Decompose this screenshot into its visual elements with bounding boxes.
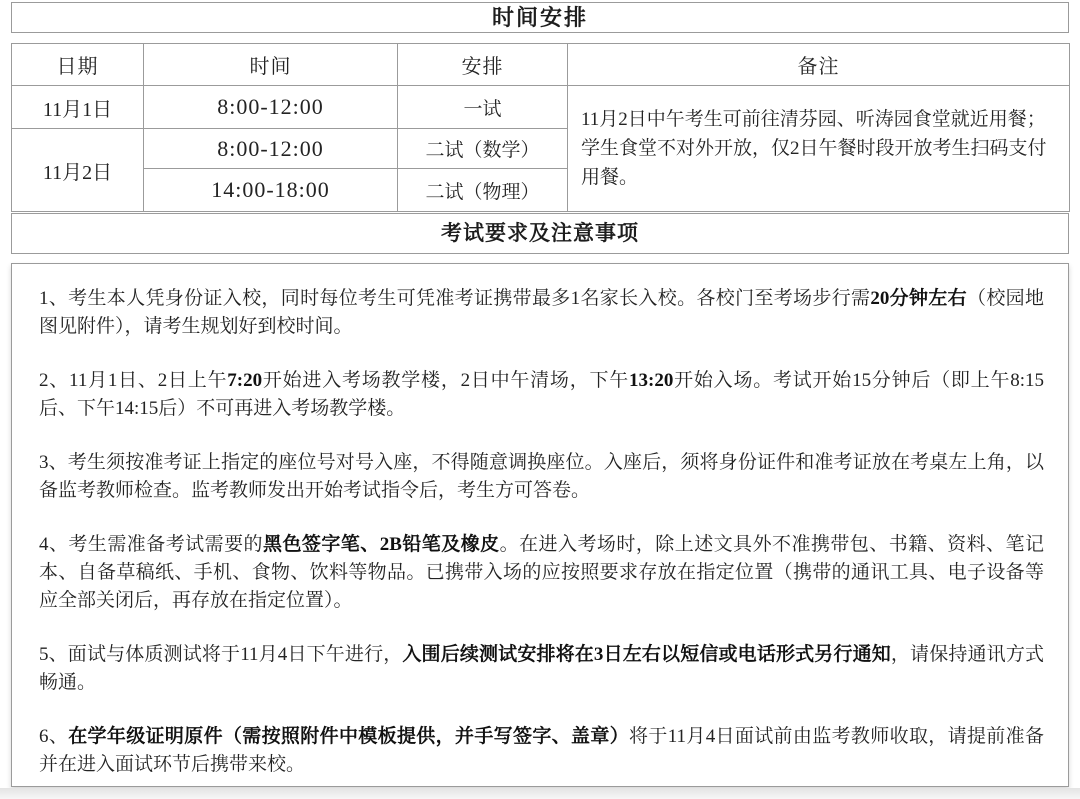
cell-remark: 11月2日中午考生可前往清芬园、听涛园食堂就近用餐；学生食堂不对外开放，仅2日午… (568, 86, 1070, 212)
note-text-bold: 20分钟左右 (870, 288, 967, 309)
note-text-bold: 13:20 (629, 370, 673, 391)
cell-time-test2-math: 8:00-12:00 (144, 129, 398, 169)
cell-date-nov1: 11月1日 (12, 86, 144, 129)
document-page: 时间安排 日期 时间 安排 备注 11月1日 8:00-12:00 一试 11月… (0, 0, 1080, 799)
header-time: 时间 (144, 44, 398, 86)
note-paragraph: 5、面试与体质测试将于11月4日下午进行，入围后续测试安排将在3日左右以短信或电… (39, 641, 1044, 697)
note-paragraph: 4、考生需准备考试需要的黑色签字笔、2B铅笔及橡皮。在进入考场时，除上述文具外不… (39, 531, 1044, 615)
cell-date-nov2: 11月2日 (12, 129, 144, 212)
requirements-section-title: 考试要求及注意事项 (11, 213, 1069, 254)
document-content: 时间安排 日期 时间 安排 备注 11月1日 8:00-12:00 一试 11月… (11, 2, 1069, 787)
schedule-header-row: 日期 时间 安排 备注 (12, 44, 1070, 86)
note-text-bold: 在学年级证明原件（需按照附件中模板提供，并手写签字、盖章） (68, 726, 629, 747)
note-text-bold: 黑色签字笔、2B铅笔及橡皮 (263, 534, 500, 555)
header-remarks: 备注 (568, 44, 1070, 86)
schedule-title: 时间安排 (11, 2, 1069, 33)
note-paragraph: 1、考生本人凭身份证入校，同时每位考生可凭准考证携带最多1名家长入校。各校门至考… (39, 285, 1044, 341)
table-row: 11月1日 8:00-12:00 一试 11月2日中午考生可前往清芬园、听涛园食… (12, 86, 1070, 129)
note-paragraph: 2、11月1日、2日上午7:20开始进入考场教学楼，2日中午清场，下午13:20… (39, 367, 1044, 423)
note-text: 1、考生本人凭身份证入校，同时每位考生可凭准考证携带最多1名家长入校。各校门至考… (39, 288, 870, 309)
note-paragraph: 3、考生须按准考证上指定的座位号对号入座，不得随意调换座位。入座后，须将身份证件… (39, 449, 1044, 505)
note-text: 3、考生须按准考证上指定的座位号对号入座，不得随意调换座位。入座后，须将身份证件… (39, 452, 1044, 501)
cell-time-test2-physics: 14:00-18:00 (144, 169, 398, 212)
header-arrangement: 安排 (398, 44, 568, 86)
cell-arr-test1: 一试 (398, 86, 568, 129)
note-text: 5、面试与体质测试将于11月4日下午进行， (39, 644, 402, 665)
note-text: 开始进入考场教学楼，2日中午清场，下午 (262, 370, 629, 391)
cell-arr-test2-physics: 二试（物理） (398, 169, 568, 212)
cell-arr-test2-math: 二试（数学） (398, 129, 568, 169)
cell-time-test1: 8:00-12:00 (144, 86, 398, 129)
note-text: 6、 (39, 726, 68, 747)
header-date: 日期 (12, 44, 144, 86)
notes-list: 1、考生本人凭身份证入校，同时每位考生可凭准考证携带最多1名家长入校。各校门至考… (11, 263, 1069, 787)
note-text-bold: 7:20 (227, 370, 262, 391)
note-text: 4、考生需准备考试需要的 (39, 534, 263, 555)
note-paragraph: 6、在学年级证明原件（需按照附件中模板提供，并手写签字、盖章）将于11月4日面试… (39, 723, 1044, 779)
note-text-bold: 入围后续测试安排将在3日左右以短信或电话形式另行通知 (402, 644, 891, 665)
page-bottom-shade (0, 788, 1080, 799)
note-text: 2、11月1日、2日上午 (39, 370, 227, 391)
schedule-table: 日期 时间 安排 备注 11月1日 8:00-12:00 一试 11月2日中午考… (11, 43, 1070, 212)
